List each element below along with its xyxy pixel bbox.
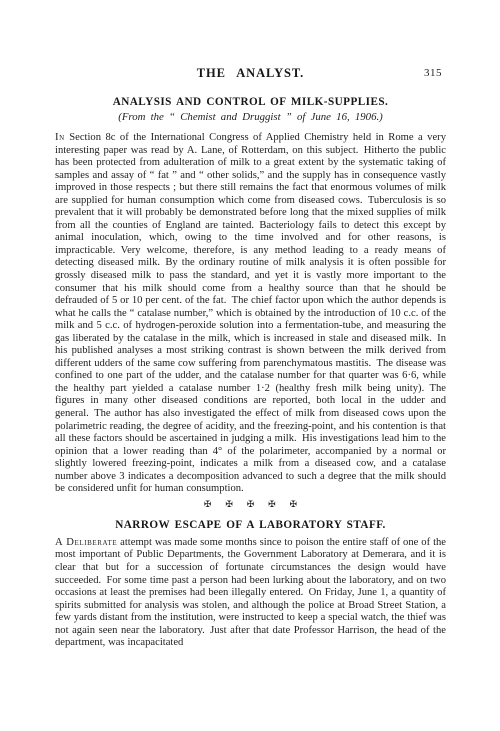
journal-title: THE ANALYST. [55,66,446,81]
article-laboratory-staff: NARROW ESCAPE OF A LABORATORY STAFF. A D… [55,519,446,650]
page-number: 315 [424,67,442,79]
journal-page: THE ANALYST. 315 ANALYSIS AND CONTROL OF… [0,0,500,731]
article-source-line: (From the “ Chemist and Druggist ” of Ju… [55,111,446,123]
section-divider-crosses: ✠ ✠ ✠ ✠ ✠ [55,499,446,511]
article-title-milk-supplies: ANALYSIS AND CONTROL OF MILK-SUPPLIES. [55,96,446,108]
paragraph-body-text: attempt was made some months since to po… [55,537,446,648]
paragraph-lead-word: A Deliberate [55,537,117,548]
paragraph-lead-word: In [55,132,65,143]
page-header: THE ANALYST. 315 [55,66,446,81]
article-paragraph: In Section 8c of the International Congr… [55,132,446,496]
article-milk-supplies: ANALYSIS AND CONTROL OF MILK-SUPPLIES. (… [55,96,446,496]
article-paragraph: A Deliberate attempt was made some month… [55,537,446,650]
paragraph-body-text: Section 8c of the International Congress… [55,132,446,494]
article-title-laboratory-staff: NARROW ESCAPE OF A LABORATORY STAFF. [55,519,446,531]
